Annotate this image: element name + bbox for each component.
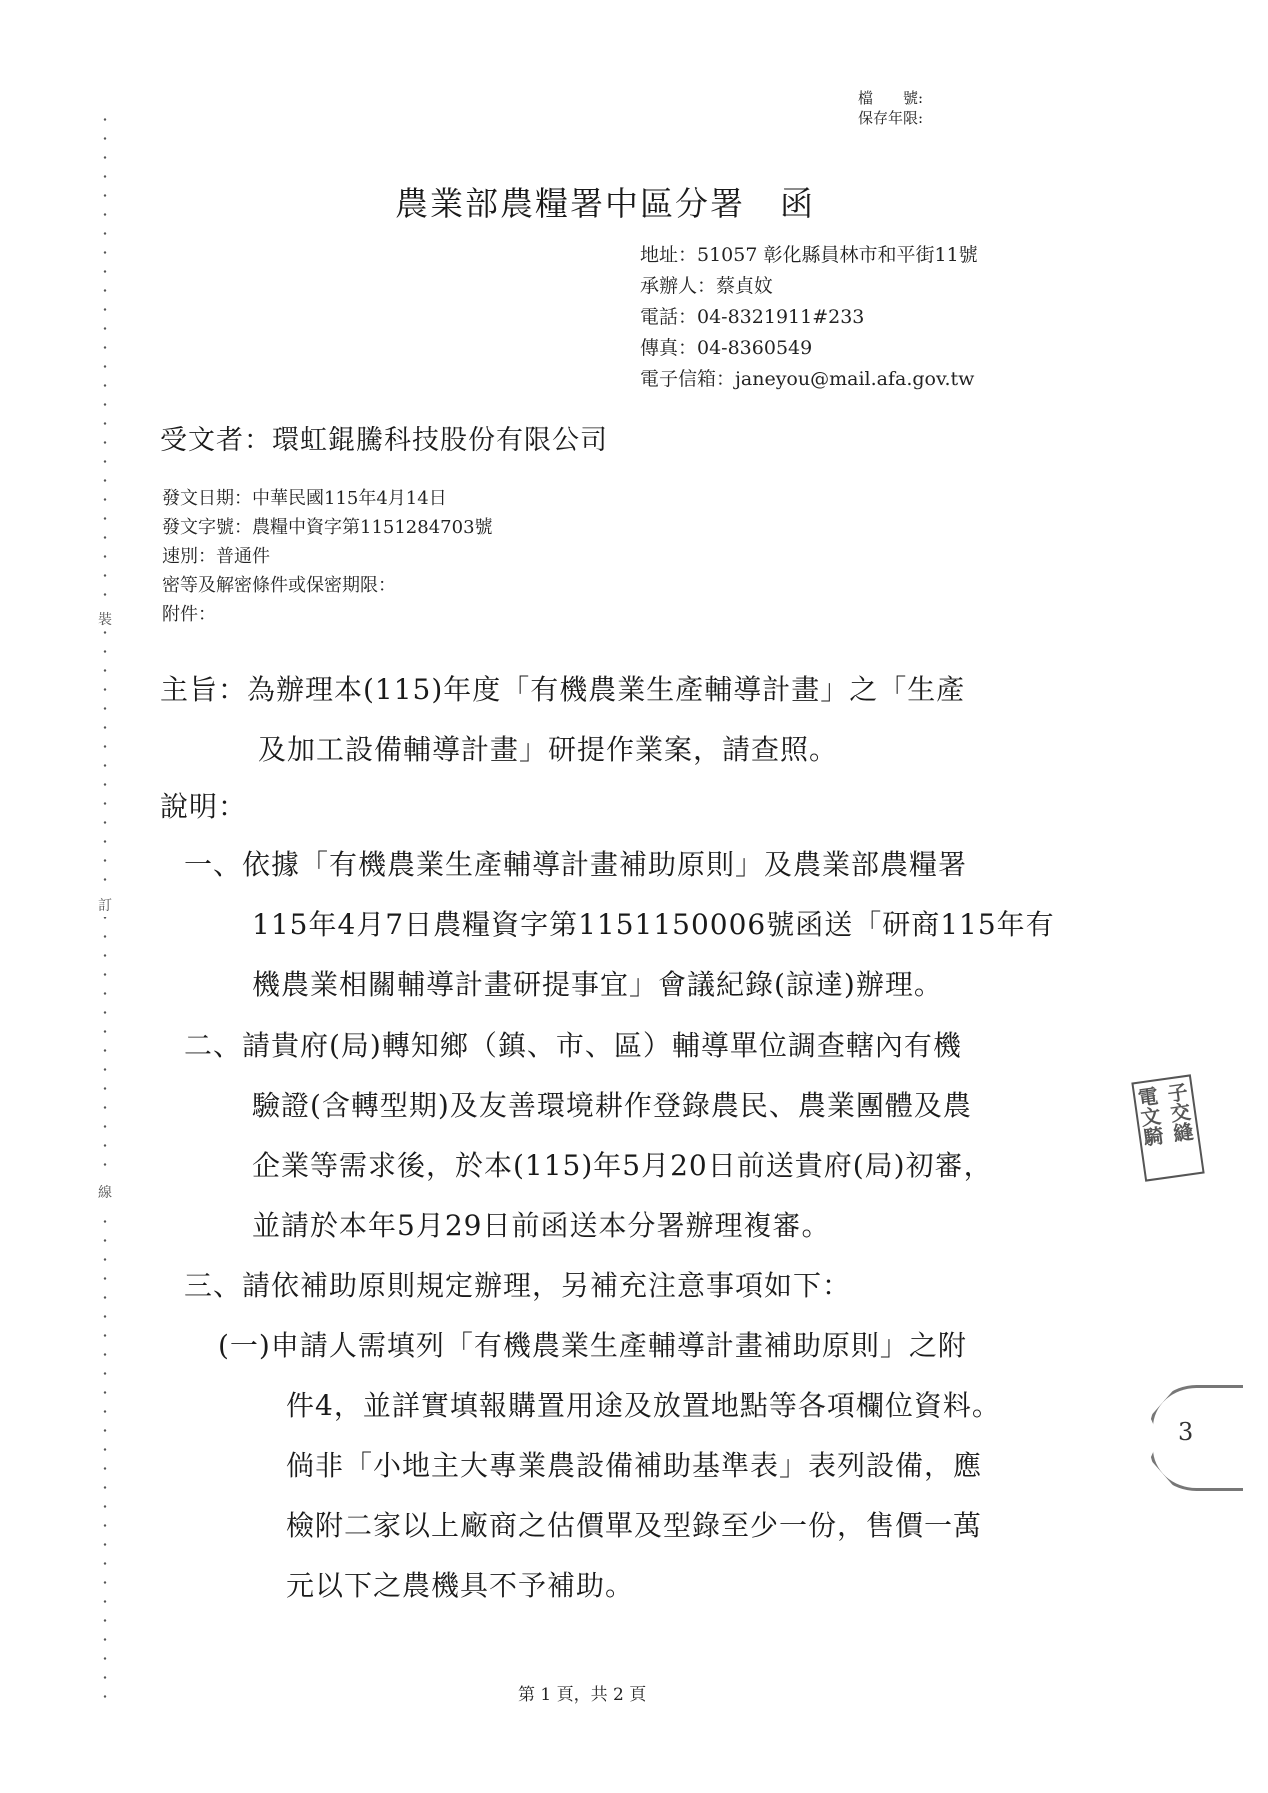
page-number: 第 1 頁，共 2 頁 <box>518 1680 646 1705</box>
fax: 傳真：04-8360549 <box>640 333 978 364</box>
phone: 電話：04-8321911#233 <box>640 302 978 333</box>
explanation-label: 說明： <box>160 785 247 825</box>
file-number-label: 檔 號: <box>858 88 923 108</box>
sender-contact-block: 地址：51057 彰化縣員林市和平街11號 承辦人：蔡貞妏 電話：04-8321… <box>640 240 978 395</box>
explanation-subitem-3-1-line-4: 檢附二家以上廠商之估價單及型錄至少一份，售價一萬 <box>286 1504 982 1544</box>
recipient: 受文者：環虹錕騰科技股份有限公司 <box>160 418 608 457</box>
explanation-item-2-line-4: 並請於本年5月29日前函送本分署辦理複審。 <box>252 1204 830 1244</box>
document-number: 發文字號：農糧中資字第1151284703號 <box>162 513 493 542</box>
explanation-subitem-3-1-line-5: 元以下之農機具不予補助。 <box>286 1564 634 1604</box>
address: 地址：51057 彰化縣員林市和平街11號 <box>640 240 978 271</box>
security-level: 密等及解密條件或保密期限： <box>162 571 493 600</box>
explanation-item-2-line-2: 驗證(含轉型期)及友善環境耕作登錄農民、農業團體及農 <box>252 1084 972 1124</box>
attachments: 附件： <box>162 600 493 629</box>
explanation-item-1-line-3: 機農業相關輔導計畫研提事宜」會議紀錄(諒達)辦理。 <box>252 963 943 1003</box>
explanation-subitem-3-1-line-1: (一)申請人需填列「有機農業生產輔導計畫補助原則」之附 <box>218 1324 967 1364</box>
retention-period-label: 保存年限: <box>858 108 923 128</box>
explanation-item-3-line-1: 三、請依補助原則規定辦理，另補充注意事項如下： <box>184 1264 851 1304</box>
binding-mark-zhuang: 裝 <box>94 609 116 631</box>
page-seal-stamp-icon <box>1150 1385 1243 1491</box>
binding-mark-ding: 訂 <box>94 895 116 917</box>
document-meta: 發文日期：中華民國115年4月14日 發文字號：農糧中資字第1151284703… <box>162 484 493 629</box>
email: 電子信箱：janeyou@mail.afa.gov.tw <box>640 364 978 395</box>
archive-info: 檔 號: 保存年限: <box>858 88 923 128</box>
delivery-speed: 速別：普通件 <box>162 542 493 571</box>
binding-mark-xian: 線 <box>94 1182 116 1204</box>
explanation-item-1-line-2: 115年4月7日農糧資字第1151150006號函送「研商115年有 <box>252 903 1055 943</box>
issue-date: 發文日期：中華民國115年4月14日 <box>162 484 493 513</box>
subject-line-1: 主旨：為辦理本(115)年度「有機農業生產輔導計畫」之「生產 <box>160 668 965 708</box>
electronic-document-seam-stamp: 子交縫 電文騎 <box>1131 1074 1204 1181</box>
document-title: 農業部農糧署中區分署 函 <box>395 178 815 225</box>
subject-line-2: 及加工設備輔導計畫」研提作業案，請查照。 <box>258 728 838 768</box>
explanation-item-2-line-3: 企業等需求後，於本(115)年5月20日前送貴府(局)初審， <box>252 1144 993 1184</box>
page-seal-number: 3 <box>1178 1418 1193 1446</box>
handler: 承辦人：蔡貞妏 <box>640 271 978 302</box>
explanation-item-1-line-1: 一、依據「有機農業生產輔導計畫補助原則」及農業部農糧署 <box>184 843 967 883</box>
explanation-subitem-3-1-line-2: 件4，並詳實填報購置用途及放置地點等各項欄位資料。 <box>286 1384 1001 1424</box>
explanation-subitem-3-1-line-3: 倘非「小地主大專業農設備補助基準表」表列設備，應 <box>286 1444 982 1484</box>
explanation-item-2-line-1: 二、請貴府(局)轉知鄉（鎮、市、區）輔導單位調查轄內有機 <box>184 1024 962 1064</box>
